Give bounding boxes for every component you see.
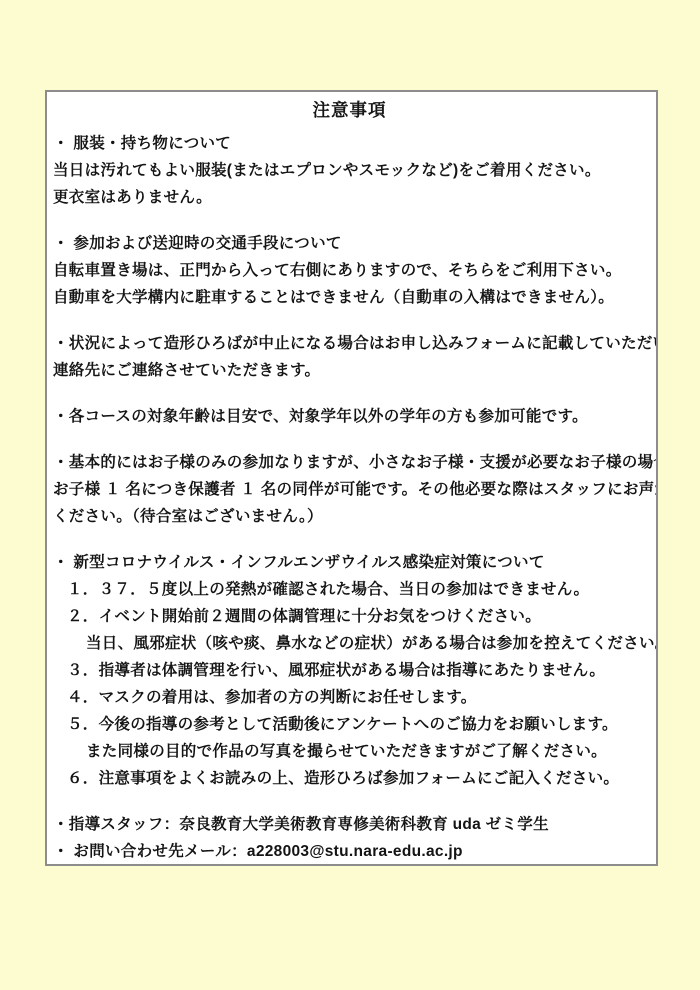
- notice-line: お子様 １ 名につき保護者 １ 名の同伴が可能です。その他必要な際はスタッフにお…: [53, 476, 646, 503]
- notice-line: ・ 参加および送迎時の交通手段について: [53, 230, 646, 257]
- notice-line: １．３７．５度以上の発熱が確認された場合、当日の参加はできません。: [53, 576, 646, 603]
- notice-line: ・基本的にはお子様のみの参加なりますが、小さなお子様・支援が必要なお子様の場合、: [53, 449, 646, 476]
- notice-section-clothing-belongings: ・ 服装・持ち物について当日は汚れてもよい服装(またはエプロンやスモックなど)を…: [53, 130, 646, 211]
- notice-line: ５．今後の指導の参考として活動後にアンケートへのご協力をお願いします。: [53, 711, 646, 738]
- notice-line: ２．イベント開始前２週間の体調管理に十分お気をつけください。: [53, 603, 646, 630]
- notice-section-children-only-participation: ・基本的にはお子様のみの参加なりますが、小さなお子様・支援が必要なお子様の場合、…: [53, 449, 646, 530]
- notice-line: 連絡先にご連絡させていただきます。: [53, 357, 646, 384]
- notice-line: ・ 服装・持ち物について: [53, 130, 646, 157]
- notice-section-staff-contact: ・指導スタッフ：奈良教育大学美術教育専修美術科教育 uda ゼミ学生・ お問い合…: [53, 811, 646, 865]
- notice-line: ・状況によって造形ひろばが中止になる場合はお申し込みフォームに記載していただいた: [53, 330, 646, 357]
- notice-line: 自転車置き場は、正門から入って右側にありますので、そちらをご利用下さい。: [53, 257, 646, 284]
- notice-line: ・ お問い合わせ先メール：a228003@stu.nara-edu.ac.jp: [53, 838, 646, 865]
- notice-line: ３．指導者は体調管理を行い、風邪症状がある場合は指導にあたりません。: [53, 657, 646, 684]
- notice-line: また同様の目的で作品の写真を撮らせていただきますがご了解ください。: [53, 738, 646, 765]
- flyer-page: 注意事項 ・ 服装・持ち物について当日は汚れてもよい服装(またはエプロンやスモッ…: [0, 0, 700, 990]
- notice-line: ください。（待合室はございません。）: [53, 503, 646, 530]
- notice-line: 当日は汚れてもよい服装(またはエプロンやスモックなど)をご着用ください。: [53, 157, 646, 184]
- notice-line: ・指導スタッフ：奈良教育大学美術教育専修美術科教育 uda ゼミ学生: [53, 811, 646, 838]
- notice-line: 自動車を大学構内に駐車することはできません（自動車の入構はできません）。: [53, 284, 646, 311]
- notice-line: ・各コースの対象年齢は目安で、対象学年以外の学年の方も参加可能です。: [53, 403, 646, 430]
- notice-line: ・ 新型コロナウイルス・インフルエンザウイルス感染症対策について: [53, 549, 646, 576]
- notice-title: 注意事項: [53, 99, 646, 121]
- notice-box: 注意事項 ・ 服装・持ち物について当日は汚れてもよい服装(またはエプロンやスモッ…: [45, 90, 658, 866]
- notice-section-infection-countermeasures: ・ 新型コロナウイルス・インフルエンザウイルス感染症対策について１．３７．５度以…: [53, 549, 646, 792]
- notice-line: ４．マスクの着用は、参加者の方の判断にお任せします。: [53, 684, 646, 711]
- notice-section-transportation: ・ 参加および送迎時の交通手段について自転車置き場は、正門から入って右側にありま…: [53, 230, 646, 311]
- notice-section-target-age: ・各コースの対象年齢は目安で、対象学年以外の学年の方も参加可能です。: [53, 403, 646, 430]
- notice-line: ６．注意事項をよくお読みの上、造形ひろば参加フォームにご記入ください。: [53, 765, 646, 792]
- notice-line: 当日、風邪症状（咳や痰、鼻水などの症状）がある場合は参加を控えてください。: [53, 630, 646, 657]
- notice-line: 更衣室はありません。: [53, 184, 646, 211]
- notice-content: ・ 服装・持ち物について当日は汚れてもよい服装(またはエプロンやスモックなど)を…: [53, 130, 646, 865]
- notice-section-cancellation-contact: ・状況によって造形ひろばが中止になる場合はお申し込みフォームに記載していただいた…: [53, 330, 646, 384]
